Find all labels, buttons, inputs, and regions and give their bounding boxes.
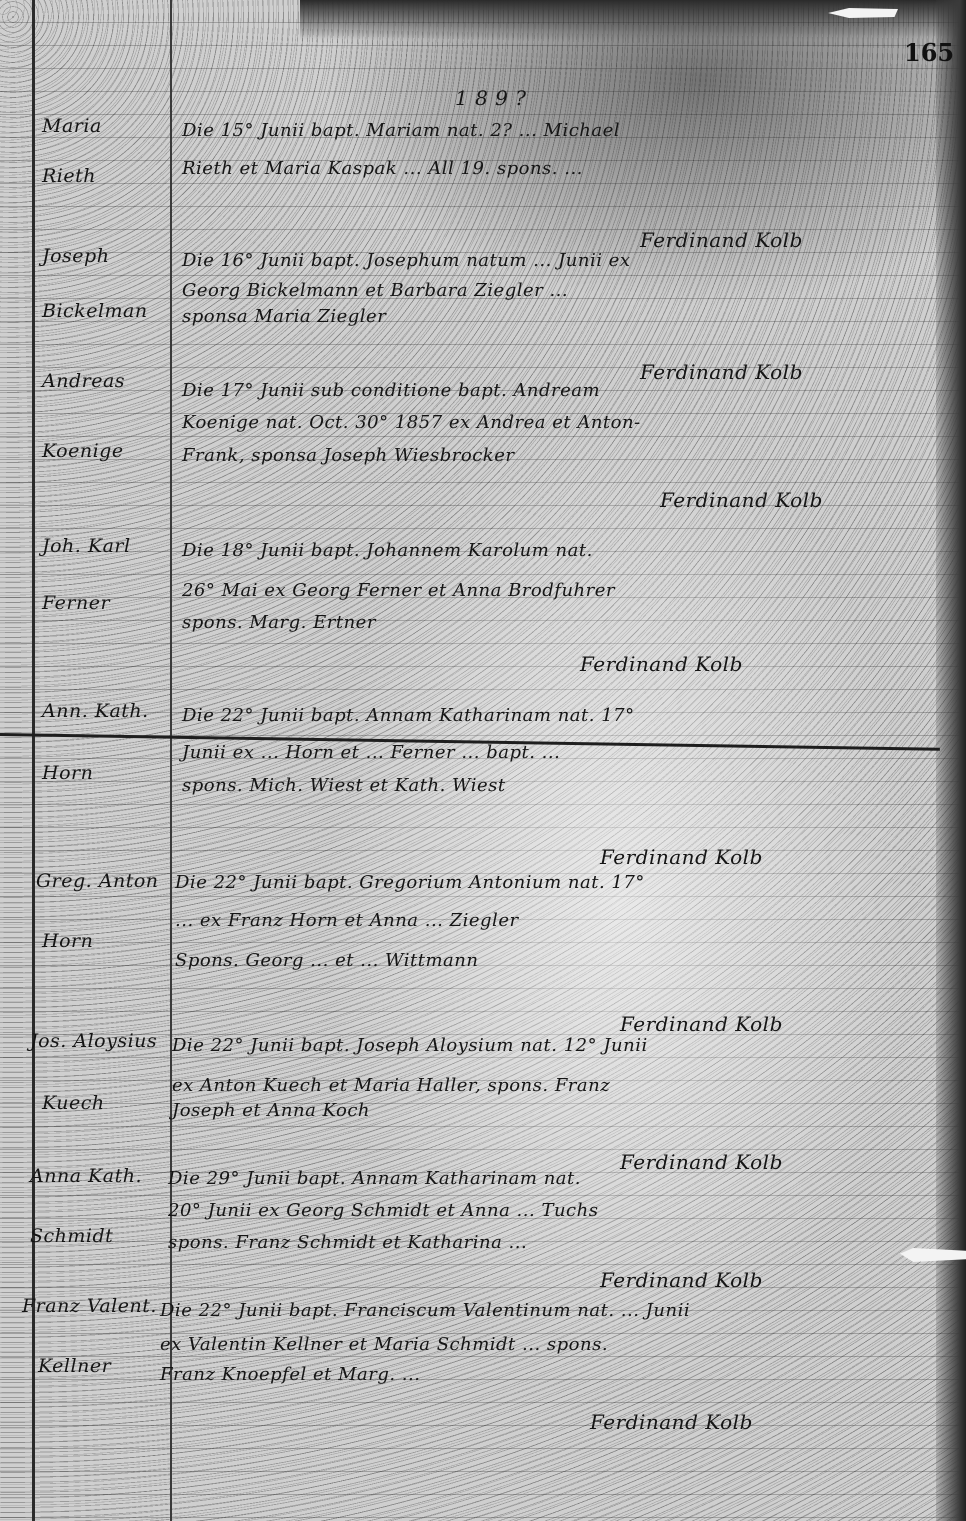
margin-name-first: Ann. Kath. (42, 700, 149, 722)
priest-signature: Ferdinand Kolb (590, 1410, 753, 1434)
entry-line: ex Valentin Kellner et Maria Schmidt ...… (160, 1334, 608, 1355)
page-number: 165 (904, 38, 954, 67)
entry-line: spons. Mich. Wiest et Kath. Wiest (182, 775, 506, 796)
margin-name-first: Jos. Aloysius (30, 1030, 157, 1052)
priest-signature: Ferdinand Kolb (640, 228, 803, 252)
margin-rule-left (32, 0, 35, 1521)
margin-rule-column (170, 0, 172, 1521)
priest-signature: Ferdinand Kolb (580, 652, 743, 676)
entry-line: spons. Franz Schmidt et Katharina ... (168, 1232, 527, 1253)
margin-name-surname: Koenige (42, 440, 124, 462)
priest-signature: Ferdinand Kolb (620, 1012, 783, 1036)
priest-signature: Ferdinand Kolb (620, 1150, 783, 1174)
entry-line: ex Anton Kuech et Maria Haller, spons. F… (172, 1075, 610, 1096)
margin-name-first: Maria (42, 115, 102, 137)
entry-line: Die 22° Junii bapt. Gregorium Antonium n… (175, 872, 645, 893)
margin-name-first: Anna Kath. (30, 1165, 142, 1187)
scan-shadow-top (300, 0, 966, 40)
margin-name-first: Franz Valent. (22, 1295, 157, 1317)
priest-signature: Ferdinand Kolb (600, 845, 763, 869)
entry-line: sponsa Maria Ziegler (182, 306, 386, 327)
priest-signature: Ferdinand Kolb (660, 488, 823, 512)
entry-line: 26° Mai ex Georg Ferner et Anna Brodfuhr… (182, 580, 615, 601)
entry-line: Rieth et Maria Kaspak ... All 19. spons.… (182, 158, 583, 179)
entry-line: Junii ex ... Horn et ... Ferner ... bapt… (182, 742, 560, 763)
entry-line: Die 22° Junii bapt. Annam Katharinam nat… (182, 705, 635, 726)
entry-line: Die 17° Junii sub conditione bapt. Andre… (182, 380, 600, 401)
scan-shadow-right-edge (936, 0, 966, 1521)
entry-line: Georg Bickelmann et Barbara Ziegler ... (182, 280, 568, 301)
margin-name-surname: Schmidt (30, 1225, 113, 1247)
priest-signature: Ferdinand Kolb (600, 1268, 763, 1292)
margin-name-surname: Kuech (42, 1092, 105, 1114)
margin-name-first: Greg. Anton (36, 870, 159, 892)
entry-line: 20° Junii ex Georg Schmidt et Anna ... T… (168, 1200, 598, 1221)
entry-line: spons. Marg. Ertner (182, 612, 376, 633)
margin-name-first: Joh. Karl (42, 535, 131, 557)
entry-line: Die 29° Junii bapt. Annam Katharinam nat… (168, 1168, 581, 1189)
margin-name-surname: Horn (42, 762, 93, 784)
entry-line: Die 22° Junii bapt. Joseph Aloysium nat.… (172, 1035, 648, 1056)
margin-name-first: Andreas (42, 370, 125, 392)
margin-name-surname: Bickelman (42, 300, 148, 322)
margin-name-surname: Rieth (42, 165, 96, 187)
entry-line: Franz Knoepfel et Marg. ... (160, 1364, 420, 1385)
year-heading: 1 8 9 ? (455, 86, 526, 110)
entry-line: Joseph et Anna Koch (172, 1100, 370, 1121)
entry-line: Die 15° Junii bapt. Mariam nat. 2? ... M… (182, 120, 620, 141)
entry-line: Die 22° Junii bapt. Franciscum Valentinu… (160, 1300, 690, 1321)
margin-name-surname: Horn (42, 930, 93, 952)
margin-name-surname: Kellner (38, 1355, 111, 1377)
entry-line: Spons. Georg ... et ... Wittmann (175, 950, 478, 971)
scanned-register-page: 165 1 8 9 ? Maria Rieth Die 15° Junii ba… (0, 0, 966, 1521)
entry-line: Die 16° Junii bapt. Josephum natum ... J… (182, 250, 631, 271)
entry-line: Koenige nat. Oct. 30° 1857 ex Andrea et … (182, 412, 641, 433)
entry-line: Die 18° Junii bapt. Johannem Karolum nat… (182, 540, 593, 561)
entry-line: Frank, sponsa Joseph Wiesbrocker (182, 445, 514, 466)
margin-name-surname: Ferner (42, 592, 110, 614)
priest-signature: Ferdinand Kolb (640, 360, 803, 384)
entry-line: ... ex Franz Horn et Anna ... Ziegler (175, 910, 519, 931)
margin-name-first: Joseph (42, 245, 109, 267)
